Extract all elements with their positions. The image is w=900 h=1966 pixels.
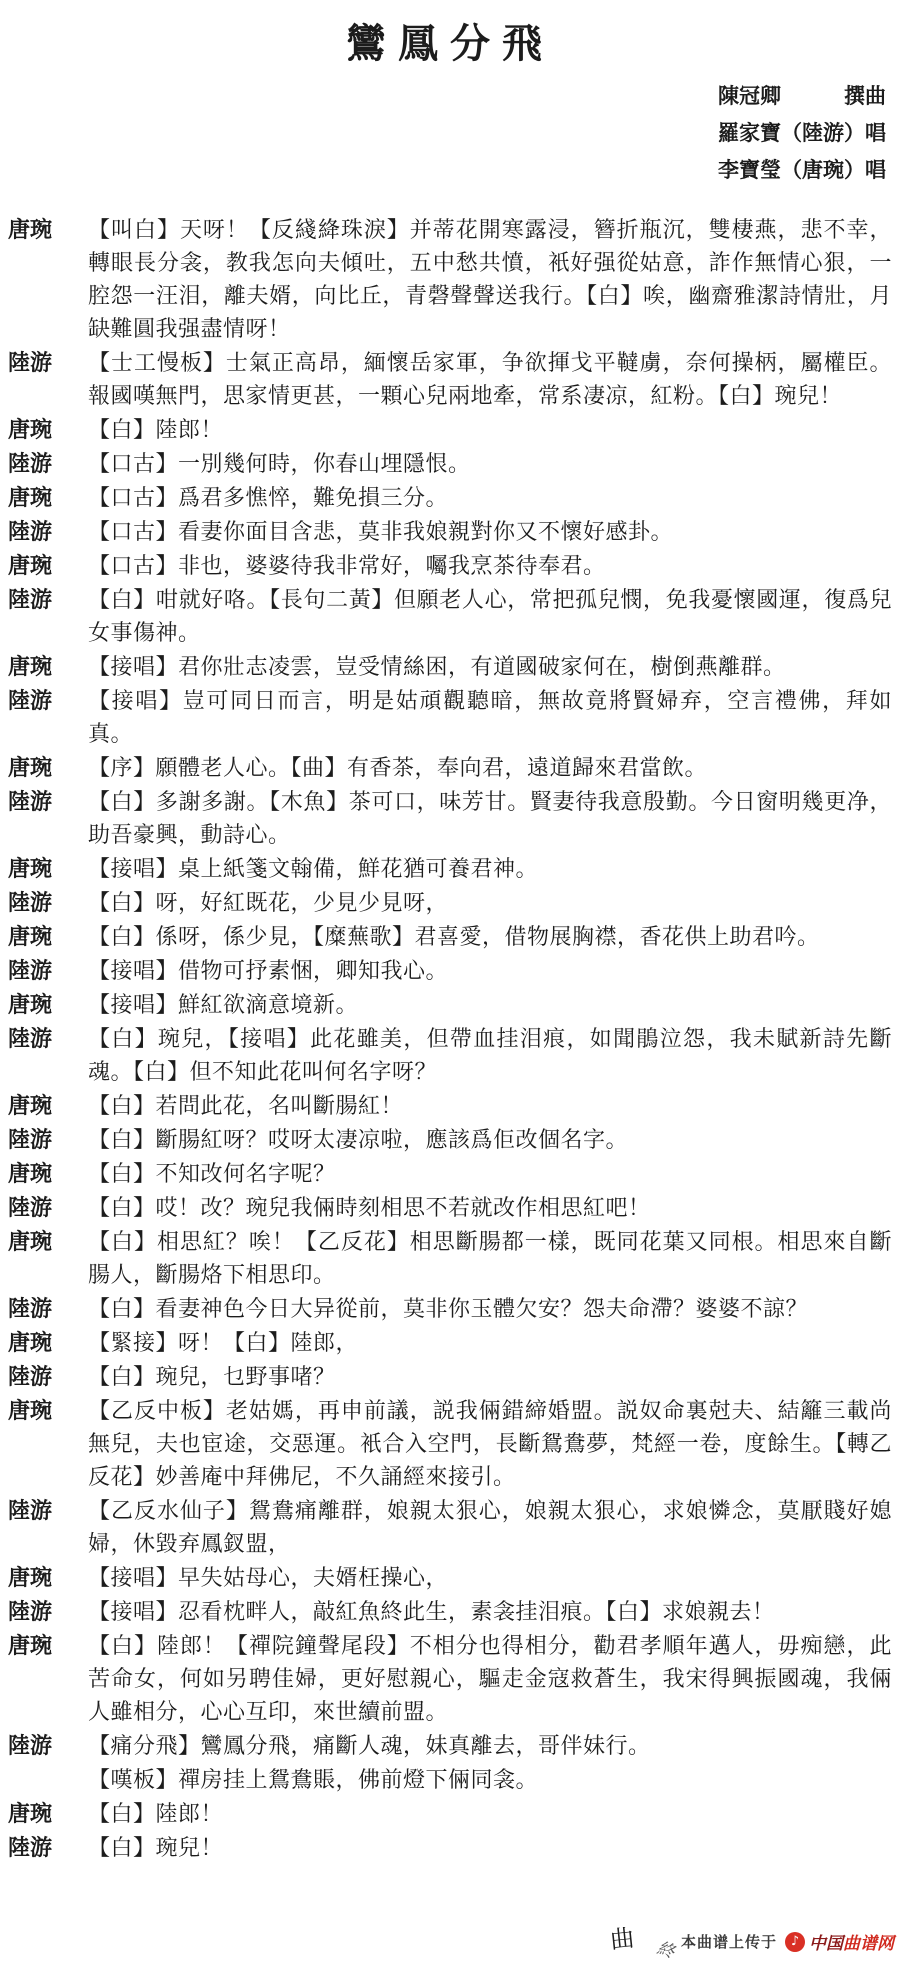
dialogue-entry: 陸游 【白】琬兒，【接唱】此花雖美，但帶血挂泪痕，如聞鵑泣怨，我未賦新詩先斷魂。… bbox=[8, 1023, 892, 1089]
dialogue-entry: 唐琬 【緊接】呀！【白】陸郎， bbox=[8, 1327, 892, 1360]
dialogue-entry: 唐琬 【乙反中板】老姑媽，再申前議，説我倆錯締婚盟。説奴命裏尅夫、結籬三載尚無兒… bbox=[8, 1395, 892, 1494]
dialogue-entry: 唐琬 【白】不知改何名字呢？ bbox=[8, 1158, 892, 1191]
dialogue-text: 【士工慢板】士氣正高昂，緬懷岳家軍，争欲揮戈平韃虜，奈何操柄，屬權臣。報國嘆無門… bbox=[88, 347, 892, 413]
page-footer: 曲 終 本曲谱上传于 ♪ 中国 曲谱网 bbox=[610, 1919, 894, 1954]
dialogue-entry: 唐琬 【叫白】天呀！【反綫絳珠淚】并蒂花開寒露浸，簪折瓶沉，雙棲燕，悲不幸，轉眼… bbox=[8, 214, 892, 346]
dialogue-entry: 陸游 【痛分飛】鸞鳳分飛，痛斷人魂，妹真離去，哥伴妹行。 bbox=[8, 1730, 892, 1763]
music-note-logo-icon: ♪ bbox=[785, 1932, 805, 1952]
speaker-label: 唐琬 bbox=[8, 651, 88, 684]
credit-line: 羅家寶（陸游）唱 bbox=[0, 114, 886, 151]
speaker-label: 唐琬 bbox=[8, 1562, 88, 1595]
speaker-label: 唐琬 bbox=[8, 214, 88, 247]
watermark-text: 本曲谱上传于 bbox=[681, 1931, 777, 1952]
dialogue-text: 【乙反中板】老姑媽，再申前議，説我倆錯締婚盟。説奴命裏尅夫、結籬三載尚無兒，夫也… bbox=[88, 1395, 892, 1494]
dialogue-entry: 唐琬 【白】陸郎！【禪院鐘聲尾段】不相分也得相分，勸君孝順年邁人，毋痴戀，此苦命… bbox=[8, 1630, 892, 1729]
dialogue-entry: 陸游 【接唱】豈可同日而言，明是姑頑觀聽暗，無故竟將賢婦弃，空言禮佛，拜如真。 bbox=[8, 685, 892, 751]
dialogue-entry: 陸游 【白】哎！改？琬兒我倆時刻相思不若就改作相思紅吧！ bbox=[8, 1192, 892, 1225]
dialogue-text: 【接唱】借物可抒素悃，卿知我心。 bbox=[88, 955, 892, 988]
speaker-label: 唐琬 bbox=[8, 1090, 88, 1123]
dialogue-text: 【白】看妻神色今日大异從前，莫非你玉體欠安？怨夫命滯？婆婆不諒？ bbox=[88, 1293, 892, 1326]
dialogue-text: 【白】不知改何名字呢？ bbox=[88, 1158, 892, 1191]
dialogue-text: 【白】斷腸紅呀？哎呀太凄凉啦，應該爲佢改個名字。 bbox=[88, 1124, 892, 1157]
dialogue-text: 【接唱】豈可同日而言，明是姑頑觀聽暗，無故竟將賢婦弃，空言禮佛，拜如真。 bbox=[88, 685, 892, 751]
speaker-label: 陸游 bbox=[8, 1124, 88, 1157]
dialogue-text: 【白】相思紅？唉！【乙反花】相思斷腸都一樣，既同花葉又同根。相思來自斷腸人，斷腸… bbox=[88, 1226, 892, 1292]
dialogue-entry: 陸游 【白】斷腸紅呀？哎呀太凄凉啦，應該爲佢改個名字。 bbox=[8, 1124, 892, 1157]
dialogue-text: 【白】琬兒，【接唱】此花雖美，但帶血挂泪痕，如聞鵑泣怨，我未賦新詩先斷魂。【白】… bbox=[88, 1023, 892, 1089]
credits-block: 陳冠卿 撰曲羅家寶（陸游）唱李寶瑩（唐琬）唱 bbox=[0, 77, 900, 188]
dialogue-entry: 陸游 【接唱】借物可抒素悃，卿知我心。 bbox=[8, 955, 892, 988]
dialogue-text: 【口古】非也，婆婆待我非常好，囑我烹茶待奉君。 bbox=[88, 550, 892, 583]
dialogue-entry: 唐琬 【白】係呀，係少見，【糜蕪歌】君喜愛，借物展胸襟，香花供上助君吟。 bbox=[8, 921, 892, 954]
dialogue-text: 【乙反水仙子】鴛鴦痛離群，娘親太狠心，娘親太狠心，求娘憐念，莫厭賤好媳婦，休毀弃… bbox=[88, 1495, 892, 1561]
speaker-label: 唐琬 bbox=[8, 1395, 88, 1428]
speaker-label: 唐琬 bbox=[8, 752, 88, 785]
dialogue-entry: 陸游 【白】咁就好咯。【長句二黃】但願老人心，常把孤兒憫，免我憂懷國運，復爲兒女… bbox=[8, 584, 892, 650]
dialogue-entry: 陸游 【乙反水仙子】鴛鴦痛離群，娘親太狠心，娘親太狠心，求娘憐念，莫厭賤好媳婦，… bbox=[8, 1495, 892, 1561]
site-name-part1: 中国 bbox=[809, 1929, 843, 1954]
speaker-label: 唐琬 bbox=[8, 550, 88, 583]
speaker-label: 陸游 bbox=[8, 786, 88, 819]
dialogue-entry: 唐琬 【接唱】君你壯志凌雲，豈受情絲困，有道國破家何在，樹倒燕離群。 bbox=[8, 651, 892, 684]
dialogue-entry: 唐琬 【接唱】桌上紙箋文翰備，鮮花猶可養君神。 bbox=[8, 853, 892, 886]
dialogue-text: 【緊接】呀！【白】陸郎， bbox=[88, 1327, 892, 1360]
dialogue-text: 【白】若問此花，名叫斷腸紅！ bbox=[88, 1090, 892, 1123]
dialogue-text: 【白】陸郎！ bbox=[88, 414, 892, 447]
speaker-label: 陸游 bbox=[8, 1730, 88, 1763]
dialogue-entry: 陸游 【白】多謝多謝。【木魚】茶可口，味芳甘。賢妻待我意殷勤。今日窗明幾更净，助… bbox=[8, 786, 892, 852]
dialogue-entry: 陸游 【口古】一別幾何時，你春山埋隱恨。 bbox=[8, 448, 892, 481]
dialogue-entry: 唐琬 【接唱】早失姑母心，夫婿枉操心， bbox=[8, 1562, 892, 1595]
dialogue-text: 【接唱】早失姑母心，夫婿枉操心， bbox=[88, 1562, 892, 1595]
dialogue-text: 【接唱】鮮紅欲滴意境新。 bbox=[88, 989, 892, 1022]
dialogue-text: 【接唱】桌上紙箋文翰備，鮮花猶可養君神。 bbox=[88, 853, 892, 886]
dialogue-text: 【白】琬兒！ bbox=[88, 1832, 892, 1865]
speaker-label: 唐琬 bbox=[8, 921, 88, 954]
speaker-label: 唐琬 bbox=[8, 1158, 88, 1191]
dialogue-text: 【序】願體老人心。【曲】有香茶，奉向君，遠道歸來君當飲。 bbox=[88, 752, 892, 785]
dialogue-entry: 陸游 【白】琬兒！ bbox=[8, 1832, 892, 1865]
speaker-label: 陸游 bbox=[8, 1495, 88, 1528]
dialogue-entry: 陸游 【士工慢板】士氣正高昂，緬懷岳家軍，争欲揮戈平韃虜，奈何操柄，屬權臣。報國… bbox=[8, 347, 892, 413]
dialogue-entry: 陸游 【白】琬兒，乜野事啫？ bbox=[8, 1361, 892, 1394]
dialogue-text: 【白】陸郎！【禪院鐘聲尾段】不相分也得相分，勸君孝順年邁人，毋痴戀，此苦命女，何… bbox=[88, 1630, 892, 1729]
speaker-label: 唐琬 bbox=[8, 414, 88, 447]
speaker-label: 陸游 bbox=[8, 887, 88, 920]
dialogue-entry: 陸游 【口古】看妻你面目含悲，莫非我娘親對你又不懷好感卦。 bbox=[8, 516, 892, 549]
dialogue-entry: 唐琬 【口古】爲君多憔悴，難免損三分。 bbox=[8, 482, 892, 515]
credit-line: 陳冠卿 撰曲 bbox=[0, 77, 886, 114]
speaker-label: 陸游 bbox=[8, 584, 88, 617]
speaker-label: 陸游 bbox=[8, 1832, 88, 1865]
dialogue-text: 【叫白】天呀！【反綫絳珠淚】并蒂花開寒露浸，簪折瓶沉，雙棲燕，悲不幸，轉眼長分衾… bbox=[88, 214, 892, 346]
speaker-label: 陸游 bbox=[8, 685, 88, 718]
credit-line: 李寶瑩（唐琬）唱 bbox=[0, 151, 886, 188]
speaker-label: 陸游 bbox=[8, 1596, 88, 1629]
dialogue-entry: 唐琬 【接唱】鮮紅欲滴意境新。 bbox=[8, 989, 892, 1022]
speaker-label: 唐琬 bbox=[8, 1630, 88, 1663]
speaker-label: 唐琬 bbox=[8, 1798, 88, 1831]
dialogue-entry: 陸游 【接唱】忍看枕畔人，敲紅魚終此生，素衾挂泪痕。【白】求娘親去！ bbox=[8, 1596, 892, 1629]
speaker-label: 唐琬 bbox=[8, 482, 88, 515]
dialogue-text: 【痛分飛】鸞鳳分飛，痛斷人魂，妹真離去，哥伴妹行。 bbox=[88, 1730, 892, 1763]
dialogue-text: 【白】哎！改？琬兒我倆時刻相思不若就改作相思紅吧！ bbox=[88, 1192, 892, 1225]
speaker-label: 陸游 bbox=[8, 347, 88, 380]
dialogue-text: 【白】琬兒，乜野事啫？ bbox=[88, 1361, 892, 1394]
lyrics-body: 唐琬 【叫白】天呀！【反綫絳珠淚】并蒂花開寒露浸，簪折瓶沉，雙棲燕，悲不幸，轉眼… bbox=[0, 214, 900, 1865]
site-name-part2: 曲谱网 bbox=[843, 1929, 894, 1954]
speaker-label: 唐琬 bbox=[8, 853, 88, 886]
speaker-label: 陸游 bbox=[8, 1293, 88, 1326]
dialogue-entry: 唐琬 【白】若問此花，名叫斷腸紅！ bbox=[8, 1090, 892, 1123]
end-mark-qu: 曲 bbox=[608, 1918, 636, 1955]
dialogue-text: 【接唱】忍看枕畔人，敲紅魚終此生，素衾挂泪痕。【白】求娘親去！ bbox=[88, 1596, 892, 1629]
score-page: 鸞鳳分飛 陳冠卿 撰曲羅家寶（陸游）唱李寶瑩（唐琬）唱 唐琬 【叫白】天呀！【反… bbox=[0, 0, 900, 1966]
dialogue-text: 【口古】一別幾何時，你春山埋隱恨。 bbox=[88, 448, 892, 481]
end-mark-zhong: 終 bbox=[654, 1934, 678, 1963]
dialogue-text: 【口古】看妻你面目含悲，莫非我娘親對你又不懷好感卦。 bbox=[88, 516, 892, 549]
speaker-label: 陸游 bbox=[8, 448, 88, 481]
dialogue-text: 【白】陸郎！ bbox=[88, 1798, 892, 1831]
dialogue-text: 【嘆板】禪房挂上鴛鴦賬，佛前燈下倆同衾。 bbox=[88, 1764, 892, 1797]
speaker-label: 唐琬 bbox=[8, 989, 88, 1022]
dialogue-entry: 【嘆板】禪房挂上鴛鴦賬，佛前燈下倆同衾。 bbox=[8, 1764, 892, 1797]
dialogue-entry: 陸游 【白】呀，好紅既花，少見少見呀， bbox=[8, 887, 892, 920]
dialogue-entry: 唐琬 【白】陸郎！ bbox=[8, 414, 892, 447]
dialogue-text: 【白】係呀，係少見，【糜蕪歌】君喜愛，借物展胸襟，香花供上助君吟。 bbox=[88, 921, 892, 954]
watermark: 本曲谱上传于 ♪ 中国 曲谱网 bbox=[681, 1929, 894, 1954]
dialogue-text: 【口古】爲君多憔悴，難免損三分。 bbox=[88, 482, 892, 515]
speaker-label: 唐琬 bbox=[8, 1226, 88, 1259]
dialogue-entry: 唐琬 【序】願體老人心。【曲】有香茶，奉向君，遠道歸來君當飲。 bbox=[8, 752, 892, 785]
page-title: 鸞鳳分飛 bbox=[0, 0, 900, 69]
dialogue-entry: 唐琬 【口古】非也，婆婆待我非常好，囑我烹茶待奉君。 bbox=[8, 550, 892, 583]
dialogue-entry: 唐琬 【白】陸郎！ bbox=[8, 1798, 892, 1831]
speaker-label: 陸游 bbox=[8, 1023, 88, 1056]
dialogue-entry: 陸游 【白】看妻神色今日大异從前，莫非你玉體欠安？怨夫命滯？婆婆不諒？ bbox=[8, 1293, 892, 1326]
dialogue-text: 【白】咁就好咯。【長句二黃】但願老人心，常把孤兒憫，免我憂懷國運，復爲兒女事傷神… bbox=[88, 584, 892, 650]
speaker-label: 陸游 bbox=[8, 1361, 88, 1394]
dialogue-text: 【白】多謝多謝。【木魚】茶可口，味芳甘。賢妻待我意殷勤。今日窗明幾更净，助吾豪興… bbox=[88, 786, 892, 852]
speaker-label: 陸游 bbox=[8, 516, 88, 549]
dialogue-entry: 唐琬 【白】相思紅？唉！【乙反花】相思斷腸都一樣，既同花葉又同根。相思來自斷腸人… bbox=[8, 1226, 892, 1292]
speaker-label: 陸游 bbox=[8, 1192, 88, 1225]
dialogue-text: 【接唱】君你壯志凌雲，豈受情絲困，有道國破家何在，樹倒燕離群。 bbox=[88, 651, 892, 684]
dialogue-text: 【白】呀，好紅既花，少見少見呀， bbox=[88, 887, 892, 920]
speaker-label: 唐琬 bbox=[8, 1327, 88, 1360]
speaker-label: 陸游 bbox=[8, 955, 88, 988]
